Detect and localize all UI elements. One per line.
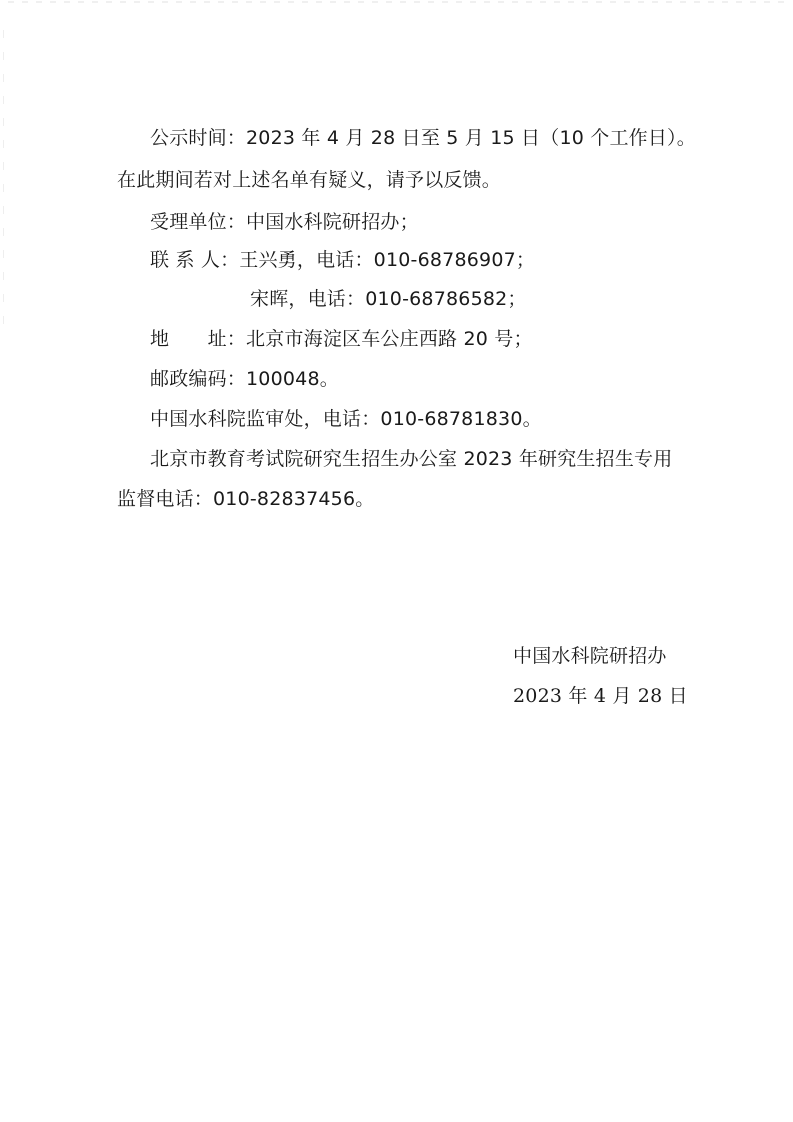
contact-1-value: 王兴勇，电话：010-68786907； xyxy=(239,249,535,271)
scan-artifact-left xyxy=(3,30,4,330)
publicity-period-line-2: 在此期间若对上述名单有疑义，请予以反馈。 xyxy=(117,168,501,192)
postcode: 邮政编码：100048。 xyxy=(150,367,339,391)
scan-artifact-top xyxy=(8,1,788,3)
contact-person-2: 宋晖，电话：010-68786582； xyxy=(250,287,527,311)
document-page: 公示时间：2023 年 4 月 28 日至 5 月 15 日（10 个工作日）。… xyxy=(0,0,793,1122)
supervision-line-2: 监督电话：010-82837456。 xyxy=(117,487,374,511)
audit-office-phone: 中国水科院监审处，电话：010-68781830。 xyxy=(150,407,542,431)
supervision-line-1: 北京市教育考试院研究生招生办公室 2023 年研究生招生专用 xyxy=(150,447,672,471)
accepting-office: 受理单位：中国水科院研招办； xyxy=(150,210,419,234)
contact-label: 联 系 人： xyxy=(150,248,239,272)
address-value: 北京市海淀区车公庄西路 20 号； xyxy=(246,328,533,350)
publicity-period-line-1: 公示时间：2023 年 4 月 28 日至 5 月 15 日（10 个工作日）。 xyxy=(150,126,696,150)
contact-person-1: 联 系 人：王兴勇，电话：010-68786907； xyxy=(150,248,535,272)
signature-organization: 中国水科院研招办 xyxy=(513,644,667,668)
address: 地 址：北京市海淀区车公庄西路 20 号； xyxy=(150,327,533,351)
signature-date: 2023 年 4 月 28 日 xyxy=(513,684,688,708)
address-label: 地 址： xyxy=(150,327,246,351)
